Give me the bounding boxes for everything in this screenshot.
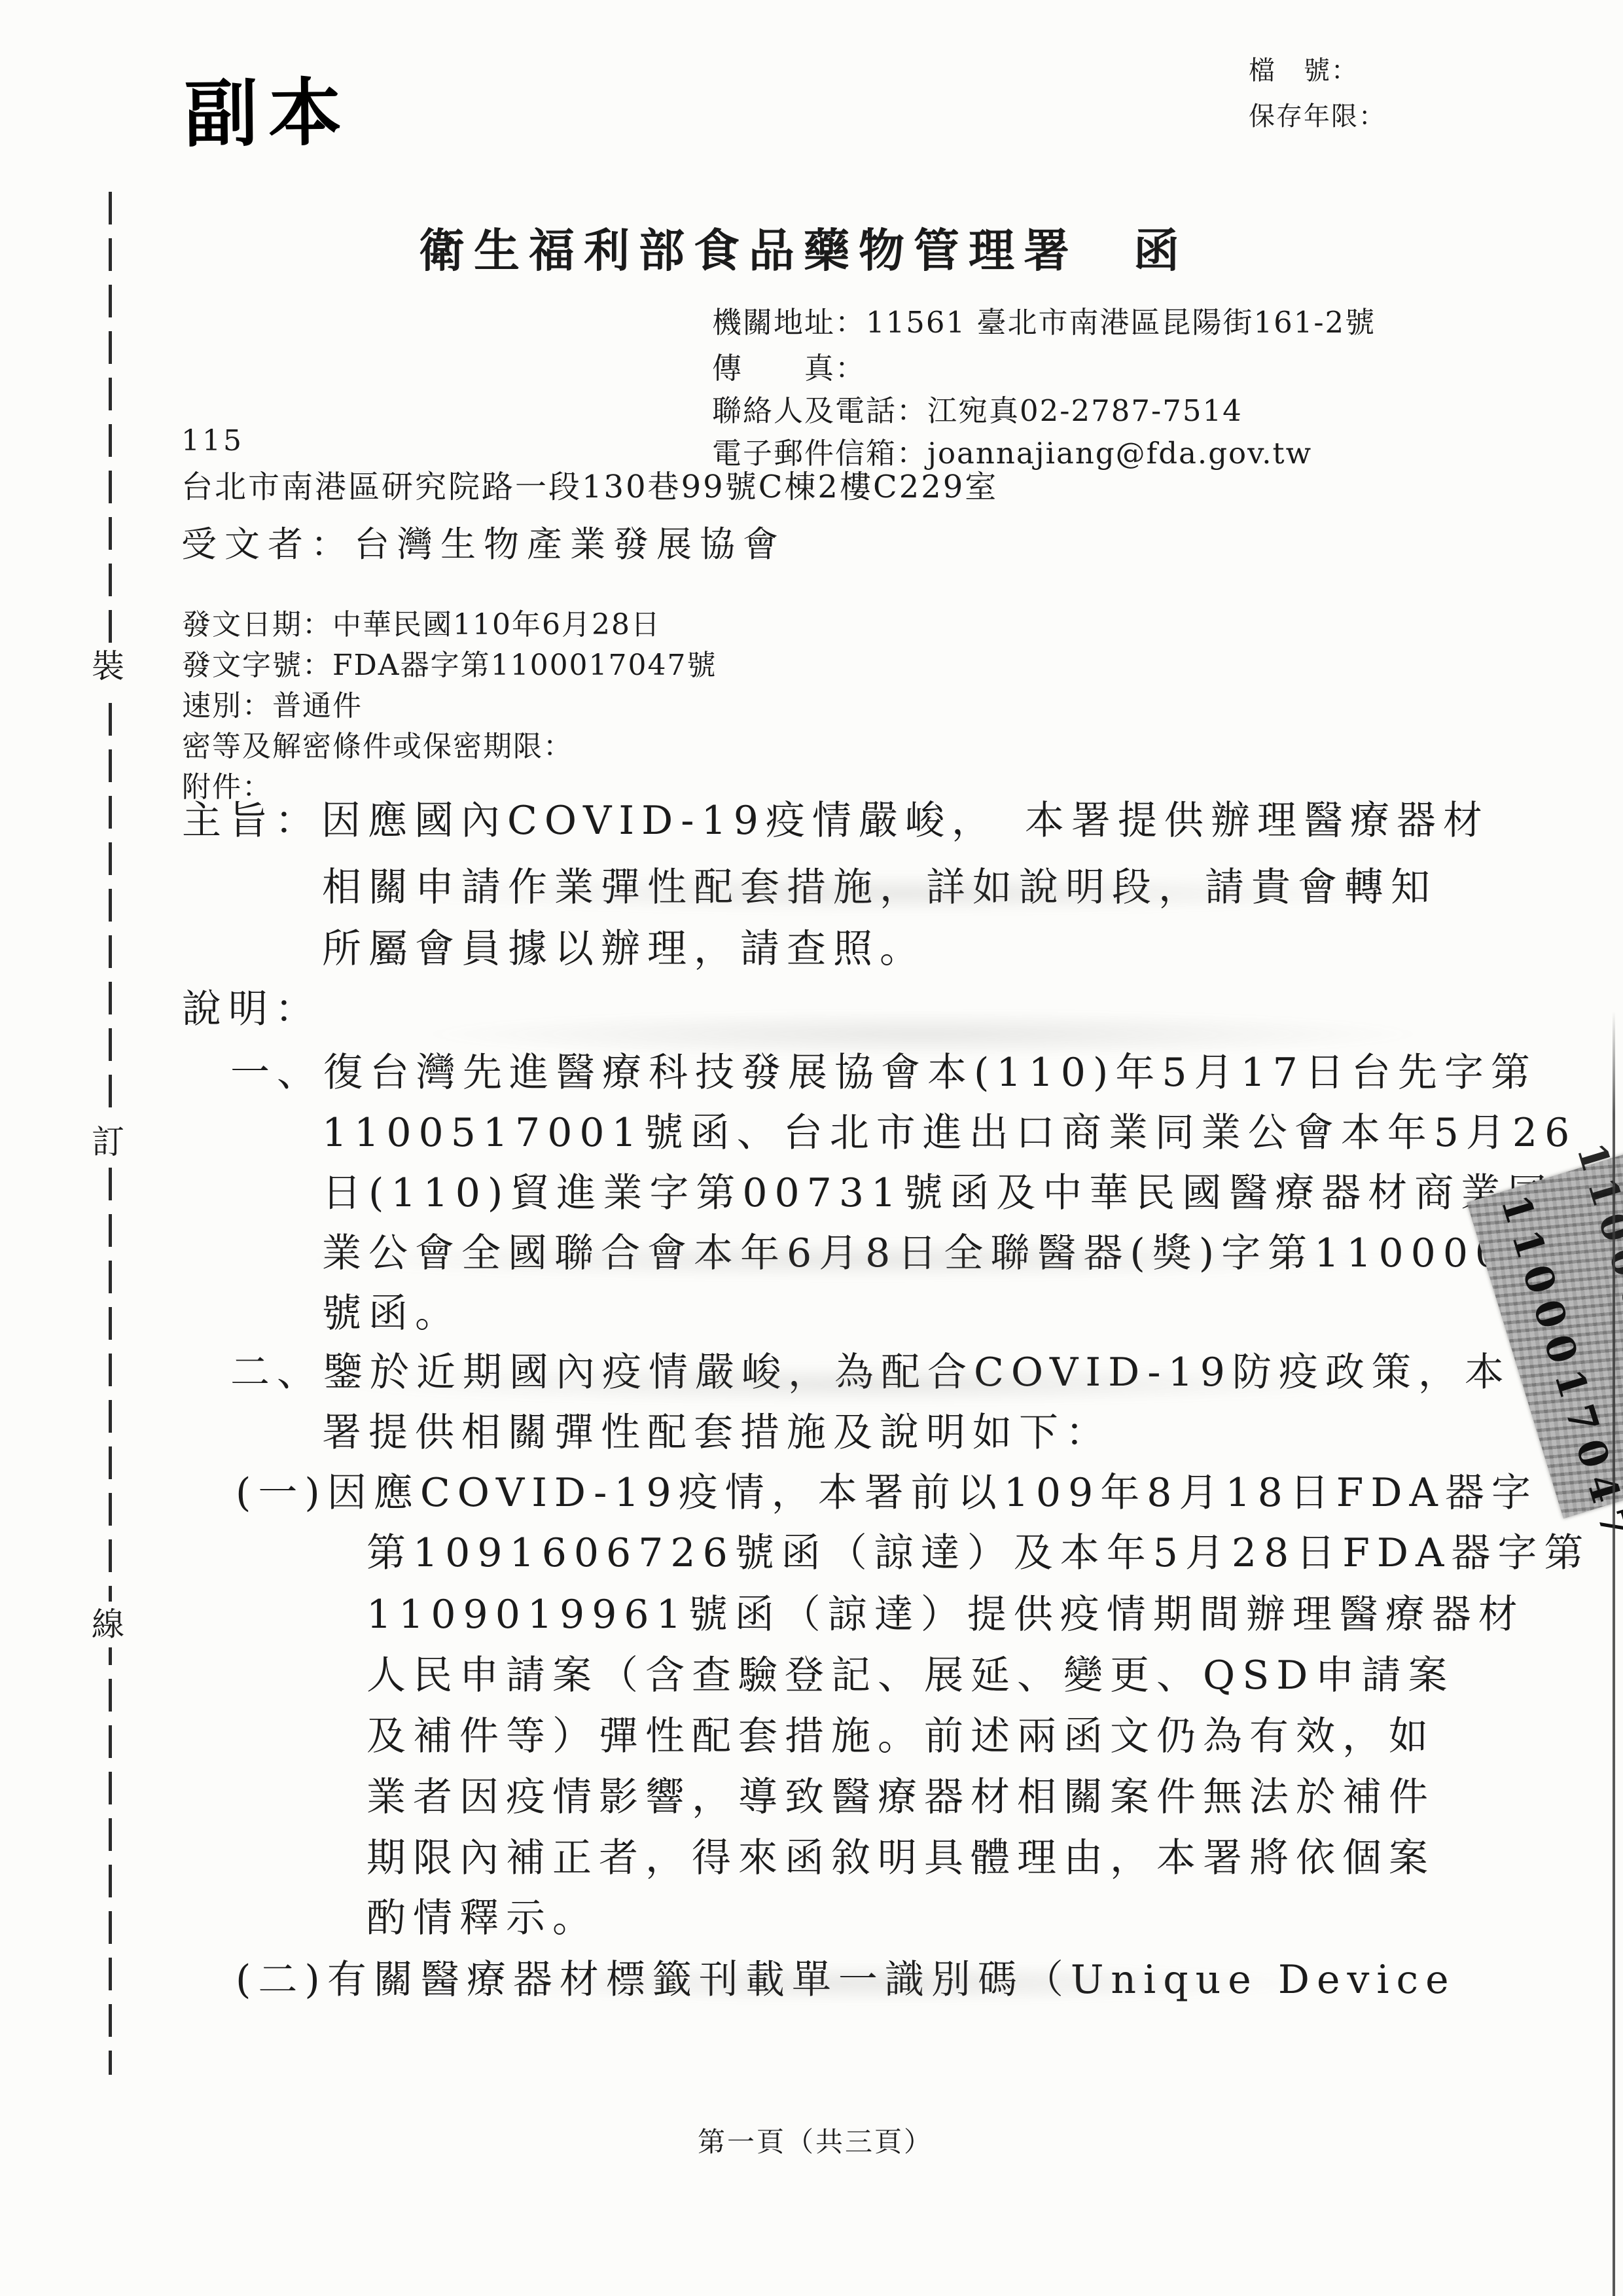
body-line: 署提供相關彈性配套措施及說明如下： [322,1413,1112,1452]
body-line: 酌情釋示。 [366,1899,599,1938]
binding-mark-xian: 線 [90,1602,126,1647]
bleed-through-artifact [432,1011,1414,1057]
explanation-label: 說明： [182,990,321,1029]
sender-contact-phone: 聯絡人及電話：江宛真02-2787-7514 [712,396,1243,425]
body-line: 1100517001號函、台北市進出口商業同業公會本年5月26 [322,1113,1577,1153]
sender-address: 機關地址：11561 臺北市南港區昆陽街161-2號 [712,308,1376,337]
page-number-footer: 第一頁（共三頁） [698,2128,933,2156]
body-line: 業者因疫情影響，導致醫療器材相關案件無法於補件 [366,1778,1435,1817]
meta-issue-date: 發文日期：中華民國110年6月28日 [182,611,661,639]
binding-mark-zhuang: 裝 [90,643,126,689]
body-line: 第1091606726號函（諒達）及本年5月28日FDA器字第 [366,1534,1590,1573]
barcode-sticker: 1100017047 1100017 [1467,1139,1623,1518]
body-line: 人民申請案（含查驗登記、展延、變更、QSD申請案 [366,1656,1454,1695]
copy-stamp: 副本 [184,77,352,152]
recipient-address: 台北市南港區研究院路一段130巷99號C棟2樓C229室 [181,471,998,503]
bleed-through-artifact [314,1240,1400,1280]
scanned-letter-page: 裝 訂 線 副本 檔 號： 保存年限： 衛生福利部食品藥物管理署 函 機關地址：… [0,0,1623,2296]
subject-line: 所屬會員據以辦理，請查照。 [322,929,926,969]
meta-priority: 速別：普通件 [182,692,363,721]
body-line: (一)因應COVID-19疫情，本署前以109年8月18日FDA器字 [236,1473,1538,1513]
body-line: 號函。 [322,1294,461,1333]
retention-years-label: 保存年限： [1249,103,1386,130]
scan-edge-artifact [1613,1011,1615,2296]
recipient-zip-code: 115 [181,427,244,456]
subject-line: 主旨：因應國內COVID-19疫情嚴峻， 本署提供辦理醫療器材 [182,801,1489,840]
sender-email: 電子郵件信箱：joannajiang@fda.gov.tw [712,439,1312,468]
bleed-through-artifact [458,1964,1309,2003]
meta-secrecy: 密等及解密條件或保密期限： [182,732,573,761]
body-line: 期限內補正者，得來函敘明具體理由，本署將依個案 [366,1839,1435,1878]
body-line: 及補件等）彈性配套措施。前述兩函文仍為有效，如 [366,1717,1435,1756]
sender-fax: 傳 真： [712,353,866,383]
body-line: 日(110)貿進業字第00731號函及中華民國醫療器材商業同 [322,1174,1554,1213]
meta-doc-number: 發文字號：FDA器字第1100017047號 [182,651,717,680]
binding-mark-ding: 訂 [90,1119,126,1165]
file-number-label: 檔 號： [1249,58,1359,84]
body-line: 1109019961號函（諒達）提供疫情期間辦理醫療器材 [366,1595,1525,1634]
bleed-through-artifact [393,874,1414,913]
recipient-line: 受文者：台灣生物產業發展協會 [181,527,786,562]
body-line: 一、復台灣先進醫療科技發展協會本(110)年5月17日台先字第 [230,1053,1537,1092]
letter-title: 衛生福利部食品藥物管理署 函 [419,228,1188,274]
bleed-through-artifact [340,1365,1387,1404]
